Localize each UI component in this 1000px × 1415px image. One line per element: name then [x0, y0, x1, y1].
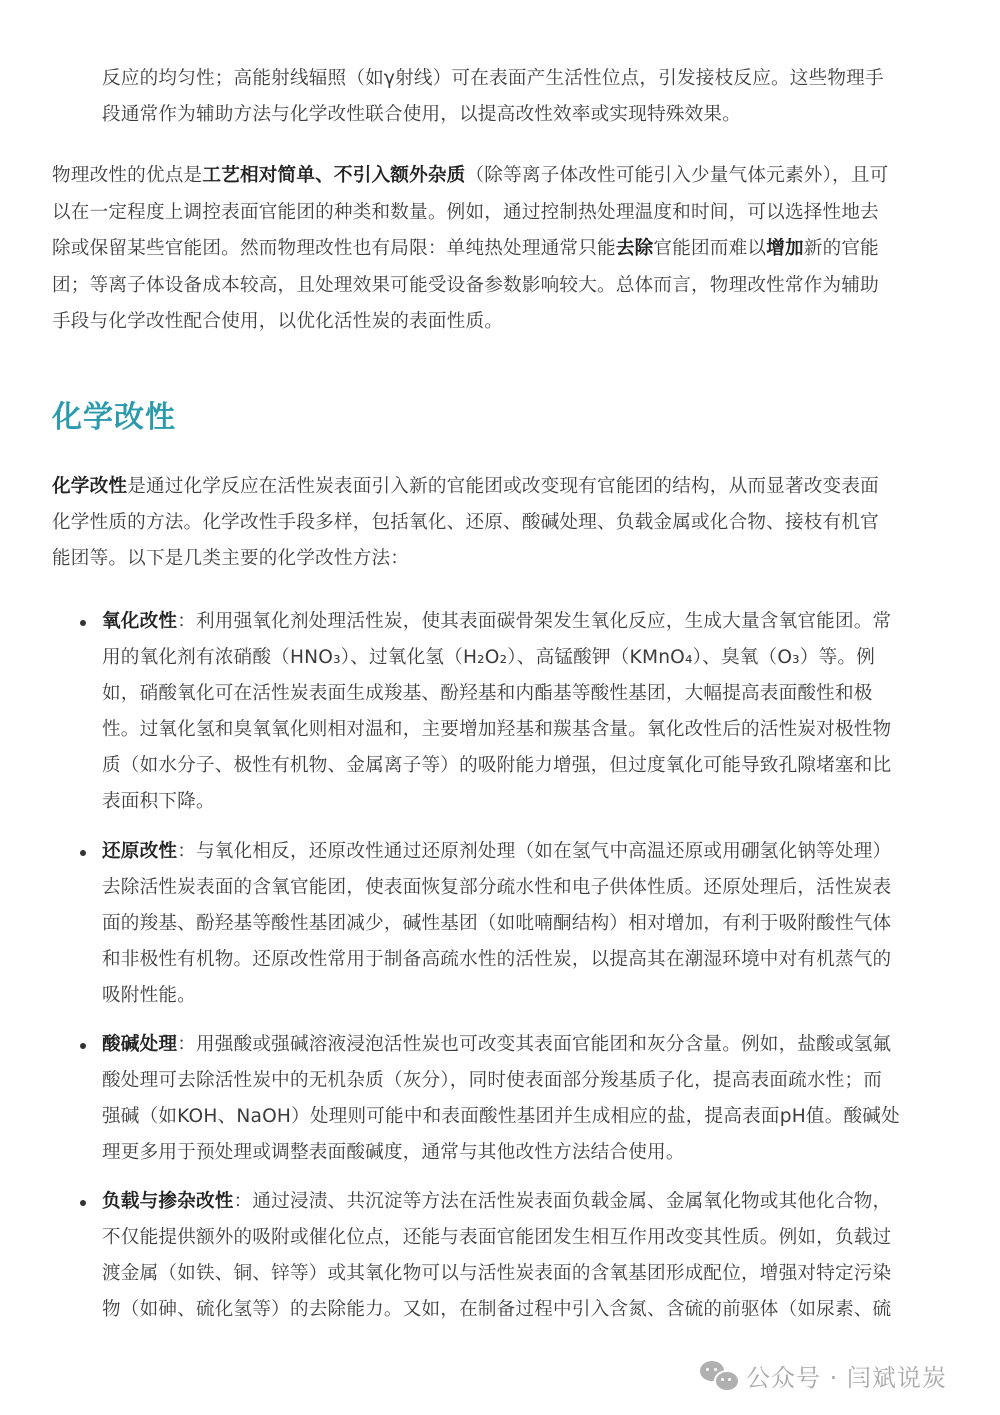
bullet-icon [80, 620, 86, 626]
intro-line-2: 段通常作为辅助方法与化学改性联合使用，以提高改性效率或实现特殊效果。 [102, 97, 741, 133]
text: ：与氧化相反，还原改性通过还原剂处理（如在氢气中高温还原或用硼氢化钠等处理） [177, 841, 891, 862]
method-oxidation-line-1: 氧化改性：利用强氧化剂处理活性炭，使其表面碳骨架发生氧化反应，生成大量含氧官能团… [102, 604, 891, 640]
wechat-icon [700, 1359, 738, 1391]
method-acidbase-line-2: 酸处理可去除活性炭中的无机杂质（灰分），同时使表面部分羧基质子化，提高表面疏水性… [102, 1063, 882, 1099]
bold-text: 工艺相对简单、不引入额外杂质 [202, 165, 465, 186]
method-oxidation-line-2: 用的氧化剂有浓硝酸（HNO₃）、过氧化氢（H₂O₂）、高锰酸钾（KMnO₄）、臭… [102, 640, 875, 676]
bold-text: 去除 [616, 238, 654, 259]
text: 是通过化学反应在活性炭表面引入新的官能团或改变现有官能团的结构，从而显著改变表面 [127, 476, 879, 497]
section-heading: 化学改性 [52, 396, 176, 440]
text: 除或保留某些官能团。然而物理改性也有局限：单纯热处理通常只能 [52, 238, 616, 259]
method-oxidation-line-5: 质（如水分子、极性有机物、金属离子等）的吸附能力增强，但过度氧化可能导致孔隙堵塞… [102, 748, 891, 784]
method-acidbase-line-3: 强碱（如KOH、NaOH）处理则可能中和表面酸性基团并生成相应的盐，提高表面pH… [102, 1099, 900, 1135]
bullet-icon [80, 1200, 86, 1206]
method-loading-line-3: 渡金属（如铁、铜、锌等）或其氧化物可以与活性炭表面的含氧基团形成配位，增强对特定… [102, 1256, 891, 1292]
article-page: 反应的均匀性；高能射线辐照（如γ射线）可在表面产生活性位点，引发接枝反应。这些物… [0, 0, 1000, 1415]
text: ：通过浸渍、共沉淀等方法在活性炭表面负载金属、金属氧化物或其他化合物， [234, 1191, 892, 1212]
wechat-watermark: 公众号 · 闫斌说炭 [700, 1355, 947, 1395]
text: ：利用强氧化剂处理活性炭，使其表面碳骨架发生氧化反应，生成大量含氧官能团。常 [177, 611, 891, 632]
physical-summary-line-2: 以在一定程度上调控表面官能团的种类和数量。例如，通过控制热处理温度和时间，可以选… [52, 195, 879, 231]
bold-text: 增加 [766, 238, 804, 259]
method-title: 负载与掺杂改性 [102, 1191, 234, 1212]
method-title: 氧化改性 [102, 611, 177, 632]
method-oxidation-line-3: 如，硝酸氧化可在活性炭表面生成羧基、酚羟基和内酯基等酸性基团，大幅提高表面酸性和… [102, 676, 873, 712]
method-title: 还原改性 [102, 841, 177, 862]
chemical-intro-line-1: 化学改性是通过化学反应在活性炭表面引入新的官能团或改变现有官能团的结构，从而显著… [52, 469, 879, 505]
method-reduction-line-5: 吸附性能。 [102, 978, 196, 1014]
physical-summary-line-5: 手段与化学改性配合使用，以优化活性炭的表面性质。 [52, 304, 503, 340]
method-title: 酸碱处理 [102, 1034, 177, 1055]
text: ：用强酸或强碱溶液浸泡活性炭也可改变其表面官能团和灰分含量。例如，盐酸或氢氟 [177, 1034, 891, 1055]
text: （除等离子体改性可能引入少量气体元素外），且可 [465, 165, 888, 186]
method-acidbase-line-4: 理更多用于预处理或调整表面酸碱度，通常与其他改性方法结合使用。 [102, 1135, 685, 1171]
method-reduction-line-2: 去除活性炭表面的含氧官能团，使表面恢复部分疏水性和电子供体性质。还原处理后，活性… [102, 870, 891, 906]
chemical-intro-line-3: 能团等。以下是几类主要的化学改性方法： [52, 541, 409, 577]
method-acidbase-line-1: 酸碱处理：用强酸或强碱溶液浸泡活性炭也可改变其表面官能团和灰分含量。例如，盐酸或… [102, 1027, 891, 1063]
method-oxidation-line-4: 性。过氧化氢和臭氧氧化则相对温和，主要增加羟基和羰基含量。氧化改性后的活性炭对极… [102, 712, 891, 748]
watermark-label: 公众号 · 闫斌说炭 [746, 1358, 947, 1393]
text: 新的官能 [804, 238, 879, 259]
method-reduction-line-1: 还原改性：与氧化相反，还原改性通过还原剂处理（如在氢气中高温还原或用硼氢化钠等处… [102, 834, 891, 870]
text: 物理改性的优点是 [52, 165, 202, 186]
method-loading-line-1: 负载与掺杂改性：通过浸渍、共沉淀等方法在活性炭表面负载金属、金属氧化物或其他化合… [102, 1184, 891, 1220]
method-reduction-line-3: 面的羧基、酚羟基等酸性基团减少，碱性基团（如吡喃酮结构）相对增加，有利于吸附酸性… [102, 906, 891, 942]
chemical-intro-line-2: 化学性质的方法。化学改性手段多样，包括氧化、还原、酸碱处理、负载金属或化合物、接… [52, 505, 879, 541]
physical-summary-line-4: 团；等离子体设备成本较高，且处理效果可能受设备参数影响较大。总体而言，物理改性常… [52, 268, 879, 304]
method-loading-line-4: 物（如砷、硫化氢等）的去除能力。又如，在制备过程中引入含氮、含硫的前驱体（如尿素… [102, 1292, 891, 1328]
intro-line-1: 反应的均匀性；高能射线辐照（如γ射线）可在表面产生活性位点，引发接枝反应。这些物… [102, 61, 884, 97]
bullet-icon [80, 850, 86, 856]
bullet-icon [80, 1043, 86, 1049]
physical-summary-line-1: 物理改性的优点是工艺相对简单、不引入额外杂质（除等离子体改性可能引入少量气体元素… [52, 158, 888, 194]
method-reduction-line-4: 和非极性有机物。还原改性常用于制备高疏水性的活性炭，以提高其在潮湿环境中对有机蒸… [102, 942, 891, 978]
bold-text: 化学改性 [52, 476, 127, 497]
physical-summary-line-3: 除或保留某些官能团。然而物理改性也有局限：单纯热处理通常只能去除官能团而难以增加… [52, 231, 879, 267]
text: 官能团而难以 [653, 238, 766, 259]
method-loading-line-2: 不仅能提供额外的吸附或催化位点，还能与表面官能团发生相互作用改变其性质。例如，负… [102, 1220, 891, 1256]
method-oxidation-line-6: 表面积下降。 [102, 784, 215, 820]
